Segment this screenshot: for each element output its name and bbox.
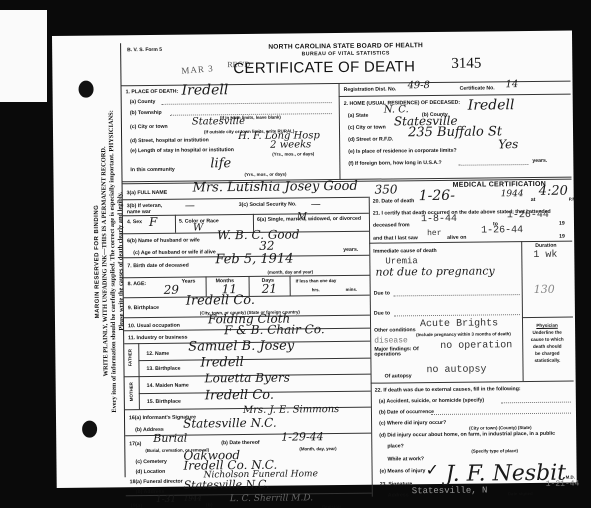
disposal-label: 17(a) [129,441,141,447]
margin-number: 350 [375,182,398,196]
industry-label: 11. Industry or business [128,335,187,342]
autopsy-value: no autopsy [426,364,486,376]
date-signed-value: 1-21-44 [546,480,580,489]
stay-value: 2 weeks [270,139,311,150]
mother-name-value: Louetta Byers [205,371,290,386]
birth-date-note: (month, day and year) [267,269,313,274]
father-name-label: 12. Name [146,351,169,357]
accident-label: (a) Accident, suicide, or homicide (spec… [379,397,484,404]
township-label: (b) Township [130,110,162,116]
stay-note: (Yrs., mos., or days) [272,151,314,156]
filed-year-value: 1944 [184,494,202,502]
residence-city-label: (c) City or town [348,125,386,131]
date-of-death-value: 1-26- [419,188,455,204]
checkmark-icon: ✓ [425,460,439,480]
sex-value: F [149,215,157,229]
physician-instruction-box: Physician Underline the cause to which d… [524,322,570,364]
birth-date-value: Feb 5, 1914 [215,251,293,267]
received-stamp-date: MAR 3 [181,63,214,76]
industry-value: F & B. Chair Co. [224,322,325,337]
father-birthplace-label: 13. Birthplace [146,366,180,372]
mother-birthplace-value: Iredell Co. [205,388,274,404]
informant-signature-value: Mrs. J. E. Simmons [243,404,339,416]
death-certificate: MARGIN RESERVED FOR BINDING WRITE PLAINL… [52,31,577,488]
at-work-label: While at work? [387,456,424,462]
corporate-limits-label: (e) Is place of residence in corporate l… [348,148,456,155]
cemetery-location-label: (d) Location [136,469,166,475]
community-label: In this community [130,167,174,173]
age-years-value: 29 [164,283,179,297]
informant-address-value: Statesville N.C. [183,416,277,431]
community-note: (Yrs., mos., or days) [244,172,286,177]
registration-district-value: 49-8 [407,80,430,91]
corporate-limits-value: Yes [498,137,518,151]
foreign-born-unit: years. [532,158,547,164]
marital-status-value: M [297,211,307,222]
marital-status-label: 6(a) Single, married, widowed, or divorc… [257,216,367,223]
year-suffix: 19 [559,234,565,240]
burial-date-label: (b) Date thereof [221,440,259,446]
veteran-label: 3(b) If veteran, name war [127,203,177,216]
birthplace-value: Iredell Co. [186,293,255,309]
funeral-director-address-value: Statesville N.C. [184,478,270,492]
year-suffix: 19 [559,221,565,227]
stay-label: (e) Length of stay in hospital or instit… [130,147,234,154]
date-of-death-year: 1944 [501,189,524,199]
attended-from-value: 1-8-44 [421,214,457,225]
spouse-age-label: (c) Age of husband or wife if alive [133,249,216,256]
father-section-label: FATHER [127,349,132,366]
less-than-day-label: If less than one day [296,278,337,283]
place-of-death-heading: 1. PLACE OF DEATH: [126,89,179,96]
occurrence-date-label: (b) Date of occurrence [379,409,434,416]
due-to-label: Due to [374,290,390,296]
other-conditions-note: (Include pregnancy within 3 months of de… [416,331,511,337]
ssn-value: — [311,199,321,210]
time-label: at [531,197,536,203]
death-city-label: (c) City or town [130,124,168,130]
injury-place-label: (d) Did injury occur about home, on farm… [379,431,555,439]
injury-location-note: (City or town) (County) (State) [469,425,531,431]
page-title: CERTIFICATE OF DEATH [233,58,415,77]
veteran-value: — [185,201,195,212]
minutes-label: mins. [346,287,358,292]
death-county-value: Iredell [181,82,228,98]
due-to-label: Due to [374,310,390,316]
attended-from-label: deceased from [373,222,410,228]
scan-backing-card [0,10,47,102]
physician-box-line: statistically. [524,357,570,364]
certificate-number-value: 14 [505,79,518,90]
duration-label: Duration [535,243,556,249]
last-saw-label: and that I last saw [373,235,418,241]
registrar-label: (b) [206,502,213,508]
mother-section-label: MOTHER [129,382,134,401]
cause-code: 130 [534,283,555,296]
time-of-death-value: 4:20 [539,184,568,199]
burial-date-note: (Month, day, year) [299,446,336,451]
spouse-name-label: 6(b) Name of husband or wife [127,237,200,244]
community-value: life [210,156,231,171]
burial-date-value: 1-29-44 [281,430,324,443]
alive-on-value: 1-26-44 [481,225,523,236]
father-birthplace-value: Iredell [200,355,244,370]
registrar-value: L. C. Sherrill M.D. [230,493,313,504]
occupation-label: 10. Usual occupation [128,323,180,330]
hospital-label: (d) Street, hospital or institution [130,137,209,144]
age-days-value: 21 [262,282,277,296]
place-label: place? [387,443,403,449]
last-saw-value: her [427,229,441,238]
attended-to-value: 1-26-44 [507,210,549,221]
residence-street-label: (d) Street or R.F.D. [348,136,393,142]
foreign-born-label: (f) If foreign born, how long in U.S.A.? [348,160,441,167]
age-label: 8. AGE: [128,281,147,287]
operations-value: no operation [440,340,512,352]
immediate-cause-label: Immediate cause of death [373,248,436,255]
physician-address-label: Address [388,492,409,498]
residence-street-value: 235 Buffalo St [408,124,502,140]
date-signed-label: Date signed [508,491,533,496]
mother-name-label: 14. Maiden Name [147,383,189,389]
full-name-value: Mrs. Lutishia Josey Good [193,179,358,196]
other-conditions-label: Other conditions [374,327,416,333]
age-years-label: Years [182,279,196,285]
physician-signature-label: 23. Signature [380,481,413,487]
filed-date-value: 1-31 [156,495,176,505]
major-findings-label: Major findings: Of operations [374,347,428,358]
death-city-value: Statesville [192,116,245,128]
father-name-value: Samuel B. Josey [188,338,294,354]
alive-on-label: alive on [447,235,466,241]
residence-county-value: Iredell [468,97,515,113]
duration-value: 1 wk [533,250,557,261]
birthplace-label: 9. Birthplace [128,305,159,311]
death-county-label: (a) County [130,99,156,105]
injury-location-label: (c) Where did injury occur? [379,420,446,427]
full-name-label: 3(a) FULL NAME [127,190,168,196]
funeral-director-label: 18(a) Funeral director [130,479,183,486]
serial-number: 3145 [451,56,481,73]
medical-certification-heading: MEDICAL CERTIFICATION [453,181,547,189]
filed-label: 19(a) [130,503,142,508]
autopsy-label: Of autopsy [385,373,412,379]
spouse-age-unit: years. [343,247,358,253]
sex-label: 4. Sex [127,219,142,225]
immediate-cause-note: not due to pregnancy [375,264,494,278]
mother-birthplace-label: 15. Birthplace [147,399,181,405]
physician-address-value: Statesville, N [412,485,488,496]
certificate-number-label: Certificate No. [460,85,495,91]
ssn-label: 3(c) Social Security No. [239,201,299,208]
time-unit: P.M. [569,197,578,202]
cemetery-label: (c) Cemetery [135,459,166,465]
birth-date-label: 7. Birth date of deceased [127,263,188,270]
certificate-header: B. V. S. Form 5 NORTH CAROLINA STATE BOA… [121,39,570,86]
registration-district-label: Registration Dist. No. [344,86,397,93]
place-note: (Specify type of place) [471,448,518,453]
means-of-injury-label: (e) Means of injury [380,468,426,474]
date-of-death-label: 20. Date of death [373,198,415,204]
external-causes-heading: 22. If death was due to external causes,… [375,386,521,394]
binding-margin: MARGIN RESERVED FOR BINDING WRITE PLAINL… [52,35,123,488]
disposal-value: Burial [153,432,187,445]
other-conditions-value-2: disease [374,336,408,345]
hours-label: hrs. [312,287,320,292]
registrar-note: Registrar [322,504,341,508]
certificate-form: B. V. S. Form 5 NORTH CAROLINA STATE BOA… [120,39,575,478]
residence-state-label: (a) State [348,113,369,119]
other-conditions-value: Acute Brights [420,318,498,330]
